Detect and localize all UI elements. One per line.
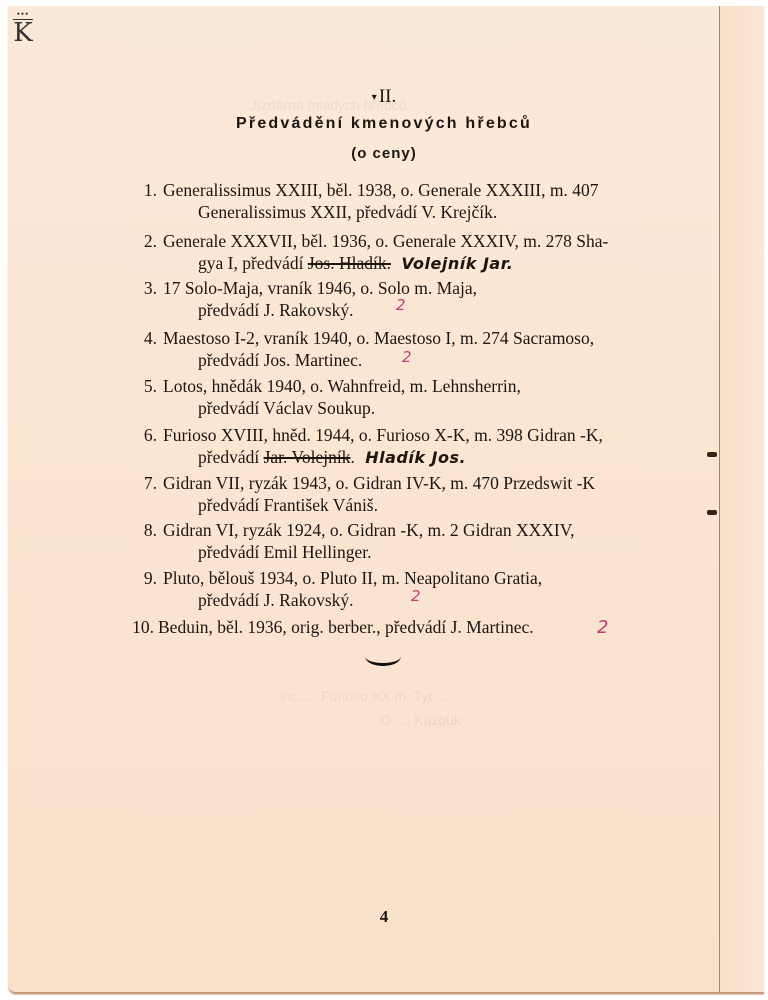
entry-line2-text: předvádí [198,447,259,467]
entry-number: 9. [135,567,157,589]
list-item: 4.Maestoso I-2, vraník 1940, o. Maestoso… [135,327,594,349]
entry-line2: gya I, předvádí Jos. Hladík. Volejník Ja… [198,252,513,275]
list-item: 1.Generalissimus XXIII, běl. 1938, o. Ge… [135,179,598,201]
entry-number: 8. [135,519,157,541]
watermark-logo: ••• K [10,10,36,50]
entry-line2: předvádí Emil Hellinger. [198,541,372,563]
end-flourish [365,647,401,666]
section-number: II. [379,86,396,107]
list-item: 6.Furioso XVIII, hněd. 1944, o. Furioso … [135,424,603,446]
entry-number: 6. [135,424,157,446]
entry-line2: předvádí J. Rakovský. [198,589,354,611]
page-number: 4 [0,907,768,927]
entry-number: 1. [135,179,157,201]
entry-line2: předvádí J. Rakovský. [198,299,354,321]
entry-line1: Beduin, běl. 1936, orig. berber., předvá… [158,617,534,637]
list-item: 10.Beduin, běl. 1936, orig. berber., pře… [128,616,534,638]
entry-line2: předvádí František Vániš. [198,494,378,516]
pencil-mark: 2 [396,296,406,314]
entry-line2: Generalissimus XXII, předvádí V. Krejčík… [198,201,497,223]
section-heading: ▾II. [0,86,768,108]
entry-number: 10. [128,616,154,638]
entry-line1: Gidran VII, ryzák 1943, o. Gidran IV-K, … [163,473,595,493]
entry-line1: Maestoso I-2, vraník 1940, o. Maestoso I… [163,328,594,348]
list-item: 5.Lotos, hnědák 1940, o. Wahnfreid, m. L… [135,375,521,397]
page-content: Jízdárna mladých hřebců lnc. ... Furioso… [0,0,768,1000]
page-subtitle: (o ceny) [0,145,768,162]
entry-line2: předvádí Václav Soukup. [198,397,375,419]
pencil-mark: 2 [411,587,421,605]
list-item: 2.Generale XXXVII, běl. 1936, o. General… [135,230,608,252]
entry-line2: předvádí Jar. Volejník. Hladík Jos. [198,446,466,469]
list-item: 9.Pluto, bělouš 1934, o. Pluto II, m. Ne… [135,567,542,589]
entry-number: 2. [135,230,157,252]
pencil-mark: 2 [597,617,608,638]
entry-number: 4. [135,327,157,349]
entry-number: 3. [135,277,157,299]
page-title: Předvádění kmenových hřebců [0,115,768,133]
entry-line2-text: gya I, předvádí [198,253,303,273]
entry-number: 5. [135,375,157,397]
entry-line1: 17 Solo-Maja, vraník 1946, o. Solo m. Ma… [163,278,477,298]
entry-line1: Generale XXXVII, běl. 1936, o. Generale … [163,231,608,251]
entry-line1: Pluto, bělouš 1934, o. Pluto II, m. Neap… [163,568,542,588]
pencil-mark: 2 [402,348,412,366]
entry-line1: Generalissimus XXIII, běl. 1938, o. Gene… [163,180,598,200]
entry-line1: Lotos, hnědák 1940, o. Wahnfreid, m. Leh… [163,376,521,396]
handwritten-name: Hladík Jos. [365,448,466,467]
entry-line1: Gidran VI, ryzák 1924, o. Gidran -K, m. … [163,520,575,540]
bullet-icon: ▾ [372,92,377,103]
list-item: 3.17 Solo-Maja, vraník 1946, o. Solo m. … [135,277,477,299]
logo-letter: K [10,20,36,46]
entry-number: 7. [135,472,157,494]
struck-name: Jos. Hladík. [308,253,391,273]
crown-dots-icon: ••• [10,10,36,18]
struck-name: Jar. Volejník [264,447,351,467]
list-item: 8.Gidran VI, ryzák 1924, o. Gidran -K, m… [135,519,575,541]
entry-line1: Furioso XVIII, hněd. 1944, o. Furioso X-… [163,425,603,445]
list-item: 7.Gidran VII, ryzák 1943, o. Gidran IV-K… [135,472,595,494]
handwritten-name: Volejník Jar. [401,254,513,273]
entry-line2: předvádí Jos. Martinec. [198,349,362,371]
